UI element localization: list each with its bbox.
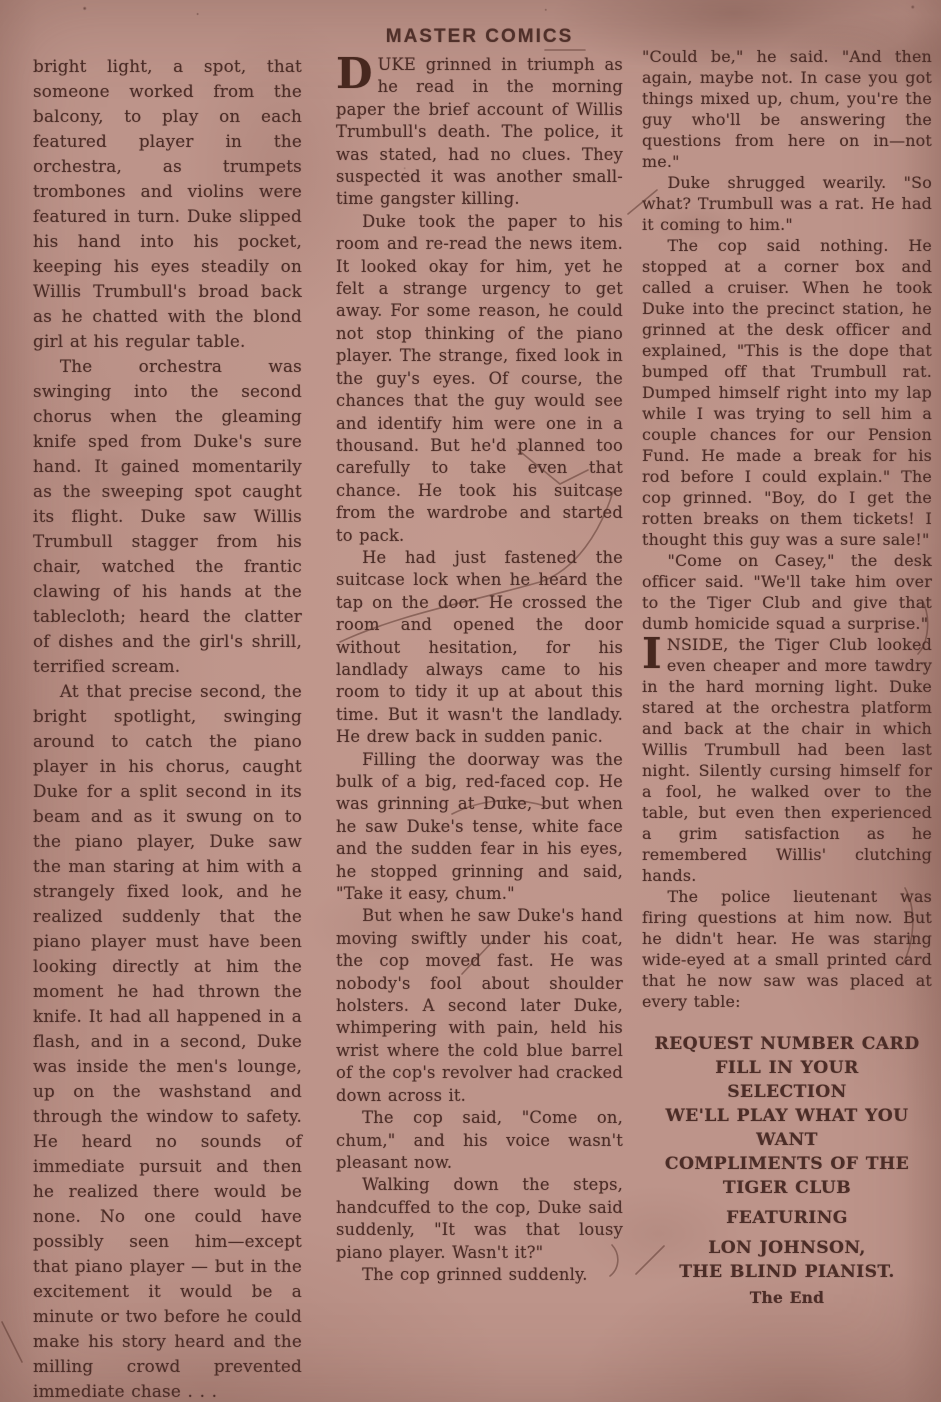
paragraph: The cop said, "Come on, chum," and his v… bbox=[336, 1107, 623, 1174]
paragraph: Duke took the paper to his room and re-r… bbox=[336, 211, 623, 547]
card-line: COMPLIMENTS OF THE bbox=[642, 1152, 932, 1176]
paragraph: Duke shrugged wearily. "So what? Trumbul… bbox=[642, 172, 932, 235]
request-number-card: REQUEST NUMBER CARD FILL IN YOUR SELECTI… bbox=[642, 1032, 932, 1284]
paragraph: "Come on Casey," the desk officer said. … bbox=[642, 550, 932, 634]
page-title: MASTER COMICS bbox=[336, 26, 623, 48]
paragraph: The cop grinned suddenly. bbox=[336, 1264, 623, 1286]
paragraph: The cop said nothing. He stopped at a co… bbox=[642, 235, 932, 550]
paragraph: DUKE grinned in triumph as he read in th… bbox=[336, 54, 623, 211]
paragraph-text: NSIDE, the Tiger Club looked even cheape… bbox=[642, 635, 932, 885]
drop-cap-letter: D bbox=[336, 54, 378, 91]
card-line: SELECTION bbox=[642, 1080, 932, 1104]
card-line: REQUEST NUMBER CARD bbox=[642, 1032, 932, 1056]
paragraph: Walking down the steps, handcuffed to th… bbox=[336, 1174, 623, 1264]
card-line: WANT bbox=[642, 1128, 932, 1152]
paragraph: "Could be," he said. "And then again, ma… bbox=[642, 46, 932, 172]
card-line: THE BLIND PIANIST. bbox=[642, 1260, 932, 1284]
paragraph: But when he saw Duke's hand moving swift… bbox=[336, 905, 623, 1107]
paragraph-text: UKE grinned in triumph as he read in the… bbox=[336, 55, 623, 208]
card-line: TIGER CLUB bbox=[642, 1176, 932, 1200]
paragraph: INSIDE, the Tiger Club looked even cheap… bbox=[642, 634, 932, 886]
the-end-label: The End bbox=[642, 1287, 932, 1308]
paragraph: bright light, a spot, that someone worke… bbox=[33, 54, 302, 354]
column-left: bright light, a spot, that someone worke… bbox=[33, 54, 302, 1402]
card-line: FEATURING bbox=[642, 1206, 932, 1230]
paragraph: He had just fastened the suitcase lock w… bbox=[336, 547, 623, 749]
column-right: "Could be," he said. "And then again, ma… bbox=[642, 46, 932, 1308]
paragraph: The police lieutenant was firing questio… bbox=[642, 886, 932, 1012]
paragraph: Filling the doorway was the bulk of a bi… bbox=[336, 749, 623, 906]
card-line: FILL IN YOUR bbox=[642, 1056, 932, 1080]
drop-cap-letter: I bbox=[642, 634, 667, 671]
paragraph: The orchestra was swinging into the seco… bbox=[33, 354, 302, 679]
card-line: WE'LL PLAY WHAT YOU bbox=[642, 1104, 932, 1128]
paragraph: At that precise second, the bright spotl… bbox=[33, 679, 302, 1402]
column-middle: DUKE grinned in triumph as he read in th… bbox=[336, 54, 623, 1286]
comic-text-page: MASTER COMICS bright light, a spot, that… bbox=[0, 0, 941, 1402]
card-line: LON JOHNSON, bbox=[642, 1236, 932, 1260]
